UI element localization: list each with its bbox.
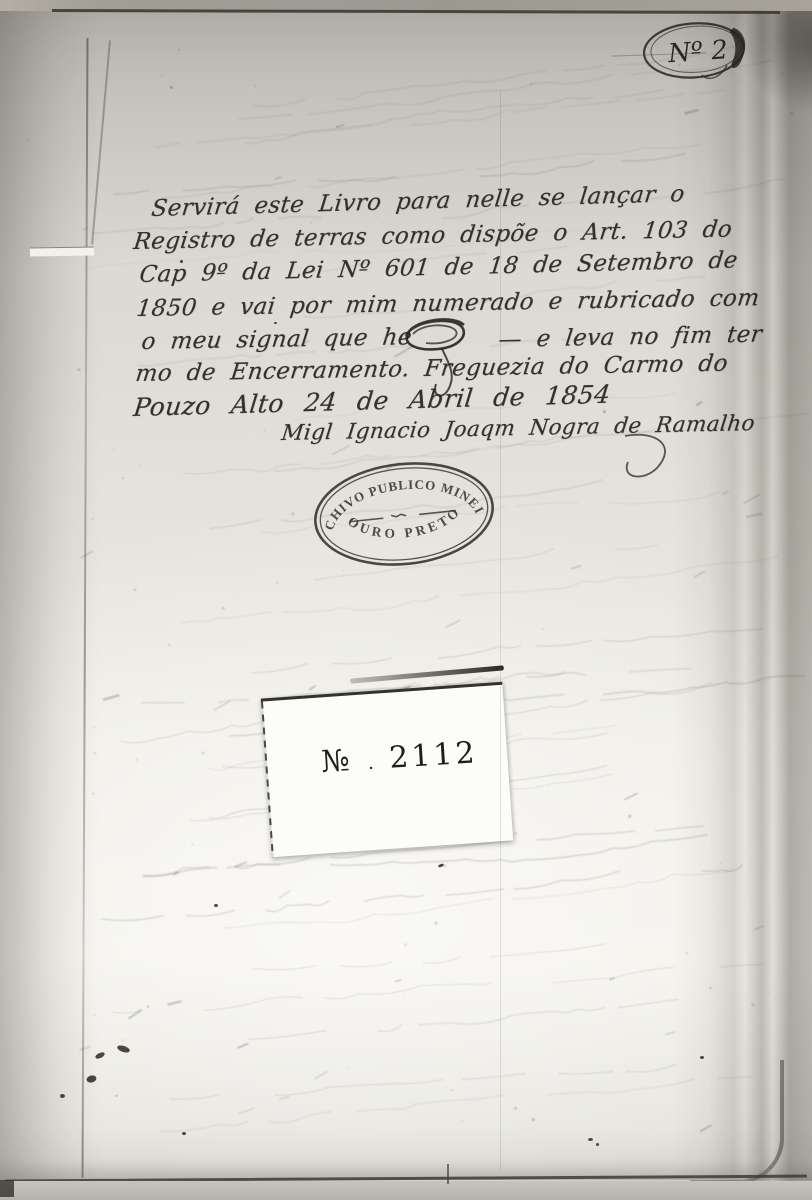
- signature-flourish: [615, 428, 697, 484]
- numero-sign: №: [320, 743, 350, 780]
- number-label: №.2112: [261, 682, 514, 857]
- manuscript-line: — e leva no fim ter: [497, 321, 764, 353]
- label-number: 2112: [388, 735, 478, 775]
- scan-bottom-edge: [0, 1181, 812, 1200]
- label-number-row: №.2112: [320, 735, 478, 779]
- manuscript-line: o meu signal que he: [140, 324, 413, 355]
- paper-tear: [30, 246, 94, 256]
- scan-corner-mark: [0, 1180, 14, 1197]
- svg-text:OURO PRETO: OURO PRETO: [344, 502, 466, 547]
- scanned-document-page: Servirá este Livro para nelle se lançar …: [0, 0, 812, 1200]
- archive-stamp: ARCHIVO PUBLICO MINEIRO OURO PRETO: [303, 448, 506, 579]
- page-corner-curl: [744, 4, 812, 114]
- label-dot: .: [367, 753, 374, 774]
- rubric-flourish: [398, 312, 476, 404]
- edge-tick-mark: [447, 1164, 449, 1184]
- faint-center-fold: [500, 90, 501, 1170]
- stamp-bottom-text: OURO PRETO: [344, 502, 466, 547]
- bleed-through-writing: [0, 0, 812, 1200]
